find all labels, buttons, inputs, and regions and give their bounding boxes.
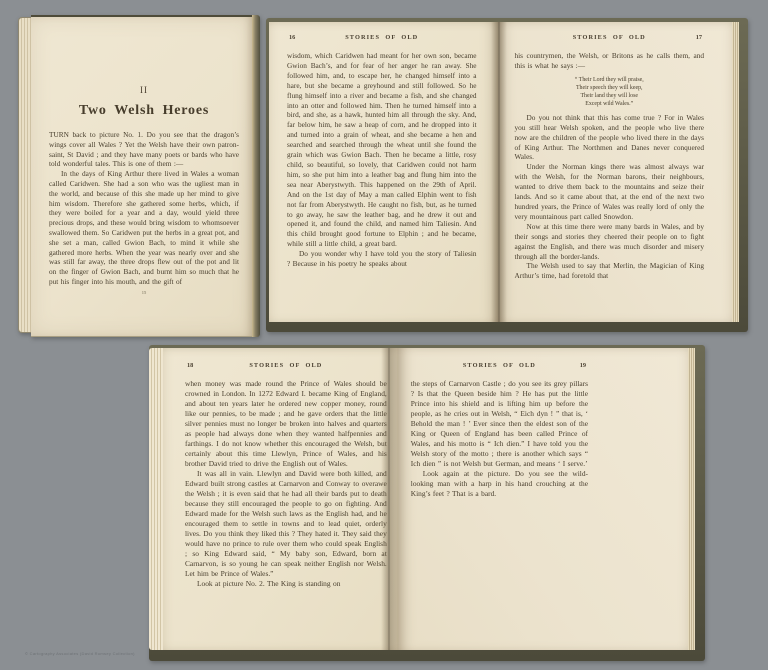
- page-stack-edge: [732, 22, 739, 322]
- chapter-title: Two Welsh Heroes: [49, 103, 239, 119]
- page-15: II Two Welsh Heroes TURN back to picture…: [31, 15, 252, 337]
- paragraph: The Welsh used to say that Merlin, the M…: [515, 261, 705, 281]
- page-stack-edge: [688, 348, 695, 650]
- verse-line: Their land they will lose: [515, 92, 705, 100]
- paragraph: Do you not think that this has come true…: [515, 113, 705, 163]
- page-stack-edge: [18, 17, 31, 333]
- page-19: STORIES OF OLD 19 the steps of Carnarvon…: [398, 348, 688, 650]
- page-header: 16 STORIES OF OLD: [287, 34, 477, 44]
- verse-quotation: “ Their Lord they will praise, Their spe…: [515, 76, 705, 108]
- page-spread: 18 STORIES OF OLD when money was made ro…: [149, 348, 695, 650]
- book-cover-edge: [252, 15, 260, 337]
- paragraph: Look at picture No. 2. The King is stand…: [185, 579, 387, 589]
- running-header: STORIES OF OLD: [573, 34, 646, 41]
- page-18: 18 STORIES OF OLD when money was made ro…: [163, 348, 398, 650]
- paragraph: In the days of King Arthur there lived i…: [49, 169, 239, 287]
- chapter-number: II: [49, 17, 239, 95]
- paragraph: Do you wonder why I have told you the st…: [287, 249, 477, 269]
- page-17: STORIES OF OLD 17 his countrymen, the We…: [498, 22, 733, 322]
- page-number: 15: [49, 290, 239, 295]
- page-header: STORIES OF OLD 19: [411, 362, 588, 372]
- paragraph: TURN back to picture No. 1. Do you see t…: [49, 130, 239, 169]
- book-bottom: 18 STORIES OF OLD when money was made ro…: [149, 345, 705, 661]
- verse-line: Their speech they will keep,: [515, 84, 705, 92]
- page-header: 18 STORIES OF OLD: [185, 362, 387, 372]
- verse-line: Except wild Wales.”: [515, 100, 705, 108]
- paragraph: Under the Norman kings there was almost …: [515, 162, 705, 221]
- paragraph: Look again at the picture. Do you see th…: [411, 469, 588, 499]
- paragraph: when money was made round the Prince of …: [185, 379, 387, 469]
- paragraph: the steps of Carnarvon Castle ; do you s…: [411, 379, 588, 469]
- paragraph: his countrymen, the Welsh, or Britons as…: [515, 51, 705, 71]
- paragraph: It was all in vain. Llewlyn and David we…: [185, 469, 387, 579]
- page-stack-edge: [149, 348, 163, 650]
- page-header: STORIES OF OLD 17: [515, 34, 705, 44]
- book-top-right: 16 STORIES OF OLD wisdom, which Caridwen…: [266, 18, 748, 332]
- page-16: 16 STORIES OF OLD wisdom, which Caridwen…: [269, 22, 498, 322]
- page-number: 18: [187, 362, 193, 369]
- page-number: 16: [289, 34, 295, 41]
- watermark: © Cartography Associates (David Rumsey C…: [25, 651, 135, 656]
- page-spread: 16 STORIES OF OLD wisdom, which Caridwen…: [269, 22, 739, 322]
- verse-line: “ Their Lord they will praise,: [515, 76, 705, 84]
- paragraph: Now at this time there were many bards i…: [515, 222, 705, 262]
- running-header: STORIES OF OLD: [345, 34, 418, 41]
- page-number: 19: [580, 362, 586, 369]
- page-number: 17: [696, 34, 702, 41]
- book-left: II Two Welsh Heroes TURN back to picture…: [18, 15, 260, 337]
- running-header: STORIES OF OLD: [249, 362, 322, 369]
- running-header: STORIES OF OLD: [463, 362, 536, 369]
- paragraph: wisdom, which Caridwen had meant for her…: [287, 51, 477, 249]
